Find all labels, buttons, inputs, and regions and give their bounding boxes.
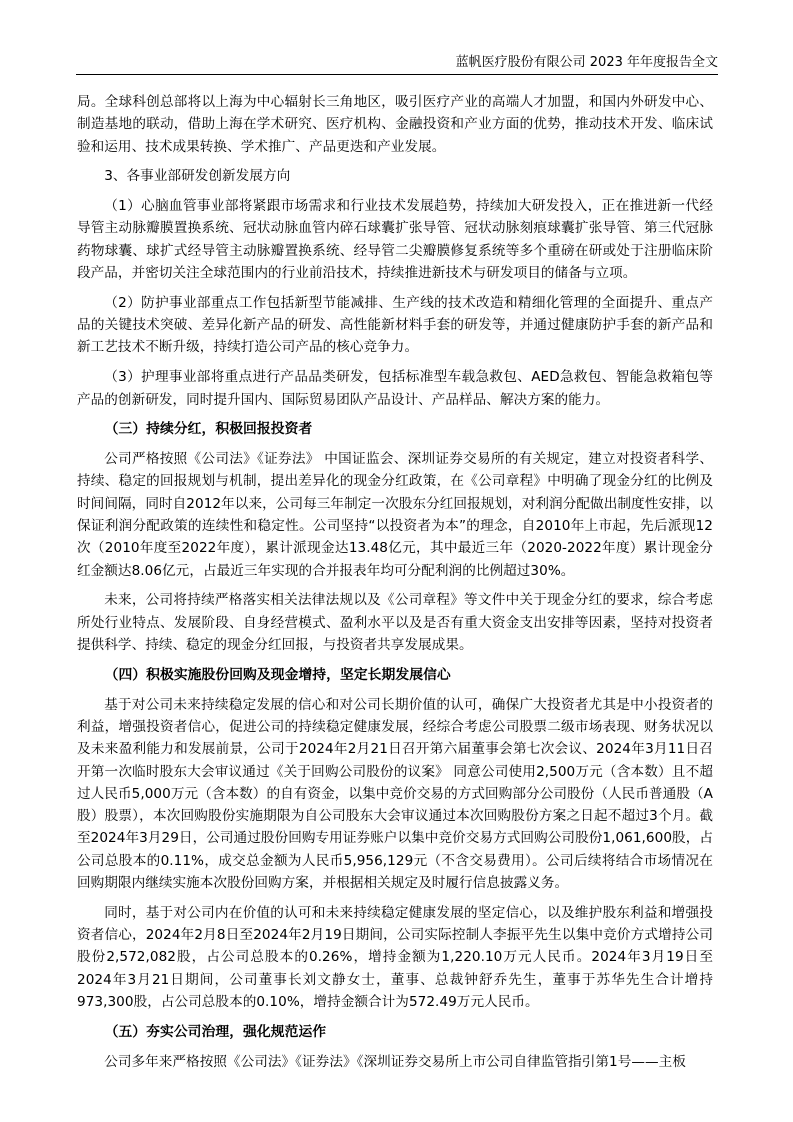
paragraph-dividend-policy: 公司严格按照《公司法》《证券法》 中国证监会、深圳证券交易所的有关规定，建立对投…: [77, 448, 713, 582]
paragraph-shareholding-increase: 同时，基于对公司内在价值的认可和未来持续稳定健康发展的坚定信心，以及维护股东利益…: [77, 902, 713, 1013]
document-body: 局。全球科创总部将以上海为中心辐射长三角地区，吸引医疗产业的高端人才加盟，和国内…: [77, 91, 713, 1080]
section-heading-buyback: （四）积极实施股份回购及现金增持，坚定长期发展信心: [77, 664, 713, 686]
section-heading-governance: （五）夯实公司治理，强化规范运作: [77, 1021, 713, 1043]
paragraph-buyback: 基于对公司未来持续稳定发展的信心和对公司长期价值的认可，确保广大投资者尤其是中小…: [77, 694, 713, 895]
paragraph-protection: （2）防护事业部重点工作包括新型节能减排、生产线的技术改造和精细化管理的全面提升…: [77, 292, 713, 359]
report-title: 蓝帆医疗股份有限公司 2023 年年度报告全文: [456, 55, 718, 70]
paragraph-governance: 公司多年来严格按照《公司法》《证券法》《深圳证券交易所上市公司自律监管指引第1号…: [77, 1051, 713, 1073]
paragraph-dividend-future: 未来，公司将持续严格落实相关法律法规以及《公司章程》等文件中关于现金分红的要求，…: [77, 589, 713, 656]
paragraph-care: （3）护理事业部将重点进行产品品类研发，包括标准型车载急救包、AED急救包、智能…: [77, 366, 713, 411]
subheading-rd-direction: 3、各事业部研发创新发展方向: [77, 165, 713, 187]
page-header: 蓝帆医疗股份有限公司 2023 年年度报告全文: [76, 54, 718, 75]
section-heading-dividends: （三）持续分红，积极回报投资者: [77, 418, 713, 440]
paragraph-global-hq: 局。全球科创总部将以上海为中心辐射长三角地区，吸引医疗产业的高端人才加盟，和国内…: [77, 91, 713, 158]
paragraph-cardio: （1）心脑血管事业部将紧跟市场需求和行业技术发展趋势，持续加大研发投入，正在推进…: [77, 195, 713, 284]
